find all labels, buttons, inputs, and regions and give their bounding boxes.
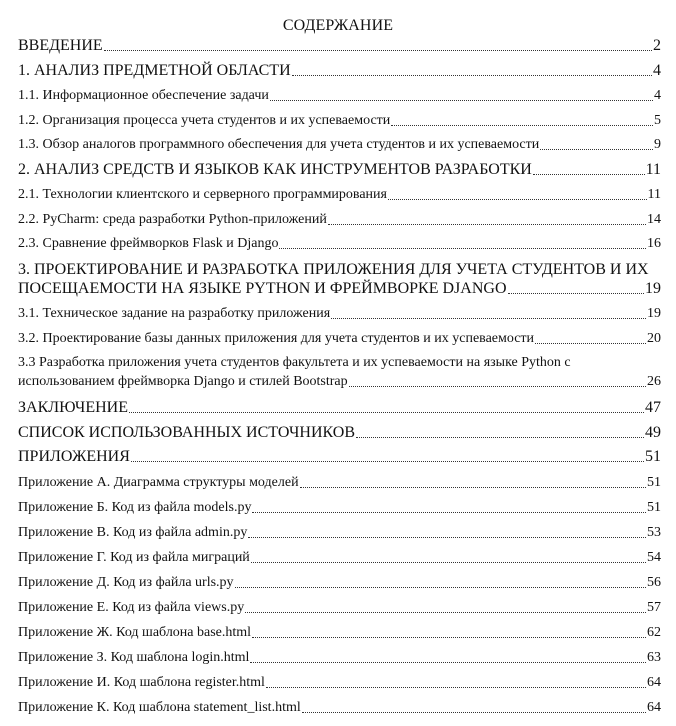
toc-entry-3-1[interactable]: 3.1. Техническое задание на разработку п… [18, 304, 661, 323]
dot-leader [131, 460, 644, 462]
toc-entry-text: 2.3. Сравнение фреймворков Flask и Djang… [18, 234, 278, 253]
toc-page-number: 20 [647, 329, 661, 348]
dot-leader [508, 292, 645, 294]
toc-entry-text: 2.2. PyCharm: среда разработки Python-пр… [18, 210, 327, 229]
dot-leader [292, 74, 652, 76]
toc-entry-appendix-a[interactable]: Приложение А. Диаграмма структуры моделе… [18, 473, 661, 492]
toc-entry-text: Приложение Е. Код из файла views.py [18, 598, 244, 617]
toc-page-number: 63 [647, 648, 661, 667]
dot-leader [129, 411, 644, 413]
dot-leader [331, 317, 646, 319]
toc-entry-appendix-d[interactable]: Приложение Д. Код из файла urls.py 56 [18, 573, 661, 592]
toc-entry-text: 3.1. Техническое задание на разработку п… [18, 304, 330, 323]
toc-entry-appendix-k[interactable]: Приложение К. Код шаблона statement_list… [18, 698, 661, 717]
toc-entry-text-line1: 3. ПРОЕКТИРОВАНИЕ И РАЗРАБОТКА ПРИЛОЖЕНИ… [18, 260, 661, 279]
dot-leader [535, 342, 646, 344]
toc-entry-references[interactable]: СПИСОК ИСПОЛЬЗОВАННЫХ ИСТОЧНИКОВ 49 [18, 423, 661, 442]
dot-leader [328, 223, 646, 225]
toc-entry-appendix-z[interactable]: Приложение З. Код шаблона login.html 63 [18, 648, 661, 667]
dot-leader [302, 711, 646, 713]
toc-entry-chapter-1[interactable]: 1. АНАЛИЗ ПРЕДМЕТНОЙ ОБЛАСТИ 4 [18, 61, 661, 80]
toc-page-number: 64 [647, 698, 661, 717]
toc-page-number: 9 [654, 135, 661, 154]
toc-entry-appendix-g[interactable]: Приложение Г. Код из файла миграций 54 [18, 548, 661, 567]
toc-entry-text: 1. АНАЛИЗ ПРЕДМЕТНОЙ ОБЛАСТИ [18, 61, 291, 80]
toc-entry-text: 2. АНАЛИЗ СРЕДСТВ И ЯЗЫКОВ КАК ИНСТРУМЕН… [18, 160, 532, 179]
toc-page-number: 54 [647, 548, 661, 567]
toc-entry-conclusion[interactable]: ЗАКЛЮЧЕНИЕ 47 [18, 398, 661, 417]
dot-leader [248, 536, 646, 538]
dot-leader [266, 686, 646, 688]
dot-leader [270, 99, 653, 101]
dot-leader [300, 486, 646, 488]
toc-entry-text: СПИСОК ИСПОЛЬЗОВАННЫХ ИСТОЧНИКОВ [18, 423, 355, 442]
toc-entry-text: Приложение К. Код шаблона statement_list… [18, 698, 301, 717]
toc-entry-3-3[interactable]: 3.3 Разработка приложения учета студенто… [18, 353, 661, 391]
toc-entry-text: Приложение И. Код шаблона register.html [18, 673, 265, 692]
dot-leader [250, 661, 646, 663]
toc-page-number: 51 [647, 473, 661, 492]
dot-leader [252, 511, 646, 513]
dot-leader [245, 611, 646, 613]
toc-entry-introduction[interactable]: ВВЕДЕНИЕ 2 [18, 36, 661, 55]
toc-page-number: 2 [653, 36, 661, 55]
toc-entry-1-2[interactable]: 1.2. Организация процесса учета студенто… [18, 111, 661, 130]
dot-leader [349, 385, 646, 387]
toc-entry-text: использованием фреймворка Django и стиле… [18, 372, 348, 391]
toc-title: СОДЕРЖАНИЕ [0, 16, 676, 36]
toc-entry-text: Приложение З. Код шаблона login.html [18, 648, 249, 667]
toc-entry-appendix-zh[interactable]: Приложение Ж. Код шаблона base.html 62 [18, 623, 661, 642]
dot-leader [279, 247, 646, 249]
toc-entry-text: 1.3. Обзор аналогов программного обеспеч… [18, 135, 539, 154]
toc-page-number: 11 [648, 185, 661, 204]
toc-entry-appendix-i[interactable]: Приложение И. Код шаблона register.html … [18, 673, 661, 692]
toc-page-number: 51 [645, 447, 661, 466]
toc-entry-1-1[interactable]: 1.1. Информационное обеспечение задачи 4 [18, 86, 661, 105]
toc-page-number: 64 [647, 673, 661, 692]
dot-leader [104, 49, 652, 51]
toc-page-number: 16 [647, 234, 661, 253]
toc-entry-text: Приложение Б. Код из файла models.py [18, 498, 251, 517]
toc-entry-chapter-2[interactable]: 2. АНАЛИЗ СРЕДСТВ И ЯЗЫКОВ КАК ИНСТРУМЕН… [18, 160, 661, 179]
toc-entry-text: Приложение Д. Код из файла urls.py [18, 573, 234, 592]
toc-entry-appendix-b[interactable]: Приложение Б. Код из файла models.py 51 [18, 498, 661, 517]
toc-entry-text: 2.1. Технологии клиентского и серверного… [18, 185, 387, 204]
toc-page-number: 57 [647, 598, 661, 617]
toc-entry-appendices[interactable]: ПРИЛОЖЕНИЯ 51 [18, 447, 661, 466]
toc-entry-text: Приложение Ж. Код шаблона base.html [18, 623, 251, 642]
dot-leader [252, 636, 646, 638]
toc-page-number: 49 [645, 423, 661, 442]
dot-leader [251, 561, 646, 563]
toc-page-number: 62 [647, 623, 661, 642]
toc-entry-text: ВВЕДЕНИЕ [18, 36, 103, 55]
toc-entry-appendix-e[interactable]: Приложение Е. Код из файла views.py 57 [18, 598, 661, 617]
toc-page-number: 51 [647, 498, 661, 517]
toc-entry-text: 1.2. Организация процесса учета студенто… [18, 111, 390, 130]
dot-leader [540, 148, 653, 150]
toc-page-number: 56 [647, 573, 661, 592]
toc-entry-text-line1: 3.3 Разработка приложения учета студенто… [18, 353, 661, 372]
toc-page-number: 11 [646, 160, 661, 179]
toc-entry-text: ЗАКЛЮЧЕНИЕ [18, 398, 128, 417]
toc-page-number: 53 [647, 523, 661, 542]
toc-entry-text: ПРИЛОЖЕНИЯ [18, 447, 130, 466]
toc-entry-2-2[interactable]: 2.2. PyCharm: среда разработки Python-пр… [18, 210, 661, 229]
toc-page-number: 19 [645, 279, 661, 298]
dot-leader [388, 198, 647, 200]
toc-entry-2-1[interactable]: 2.1. Технологии клиентского и серверного… [18, 185, 661, 204]
toc-entry-text: 3.2. Проектирование базы данных приложен… [18, 329, 534, 348]
toc-page-number: 14 [647, 210, 661, 229]
dot-leader [391, 124, 653, 126]
toc-page-number: 4 [654, 86, 661, 105]
toc-page-number: 19 [647, 304, 661, 323]
toc-entry-text: Приложение В. Код из файла admin.py [18, 523, 247, 542]
dot-leader [356, 436, 644, 438]
toc-entry-text: Приложение Г. Код из файла миграций [18, 548, 250, 567]
toc-page-number: 4 [653, 61, 661, 80]
toc-entry-2-3[interactable]: 2.3. Сравнение фреймворков Flask и Djang… [18, 234, 661, 253]
toc-page-number: 26 [647, 372, 661, 391]
dot-leader [235, 586, 646, 588]
toc-entry-appendix-v[interactable]: Приложение В. Код из файла admin.py 53 [18, 523, 661, 542]
toc-entry-text: ПОСЕЩАЕМОСТИ НА ЯЗЫКЕ PYTHON И ФРЕЙМВОРК… [18, 279, 507, 298]
toc-page-number: 47 [645, 398, 661, 417]
toc-entry-1-3[interactable]: 1.3. Обзор аналогов программного обеспеч… [18, 135, 661, 154]
toc-entry-chapter-3[interactable]: 3. ПРОЕКТИРОВАНИЕ И РАЗРАБОТКА ПРИЛОЖЕНИ… [18, 260, 661, 298]
toc-page-number: 5 [654, 111, 661, 130]
dot-leader [533, 173, 645, 175]
toc-entry-text: Приложение А. Диаграмма структуры моделе… [18, 473, 299, 492]
toc-entry-text: 1.1. Информационное обеспечение задачи [18, 86, 269, 105]
toc-entry-3-2[interactable]: 3.2. Проектирование базы данных приложен… [18, 329, 661, 348]
